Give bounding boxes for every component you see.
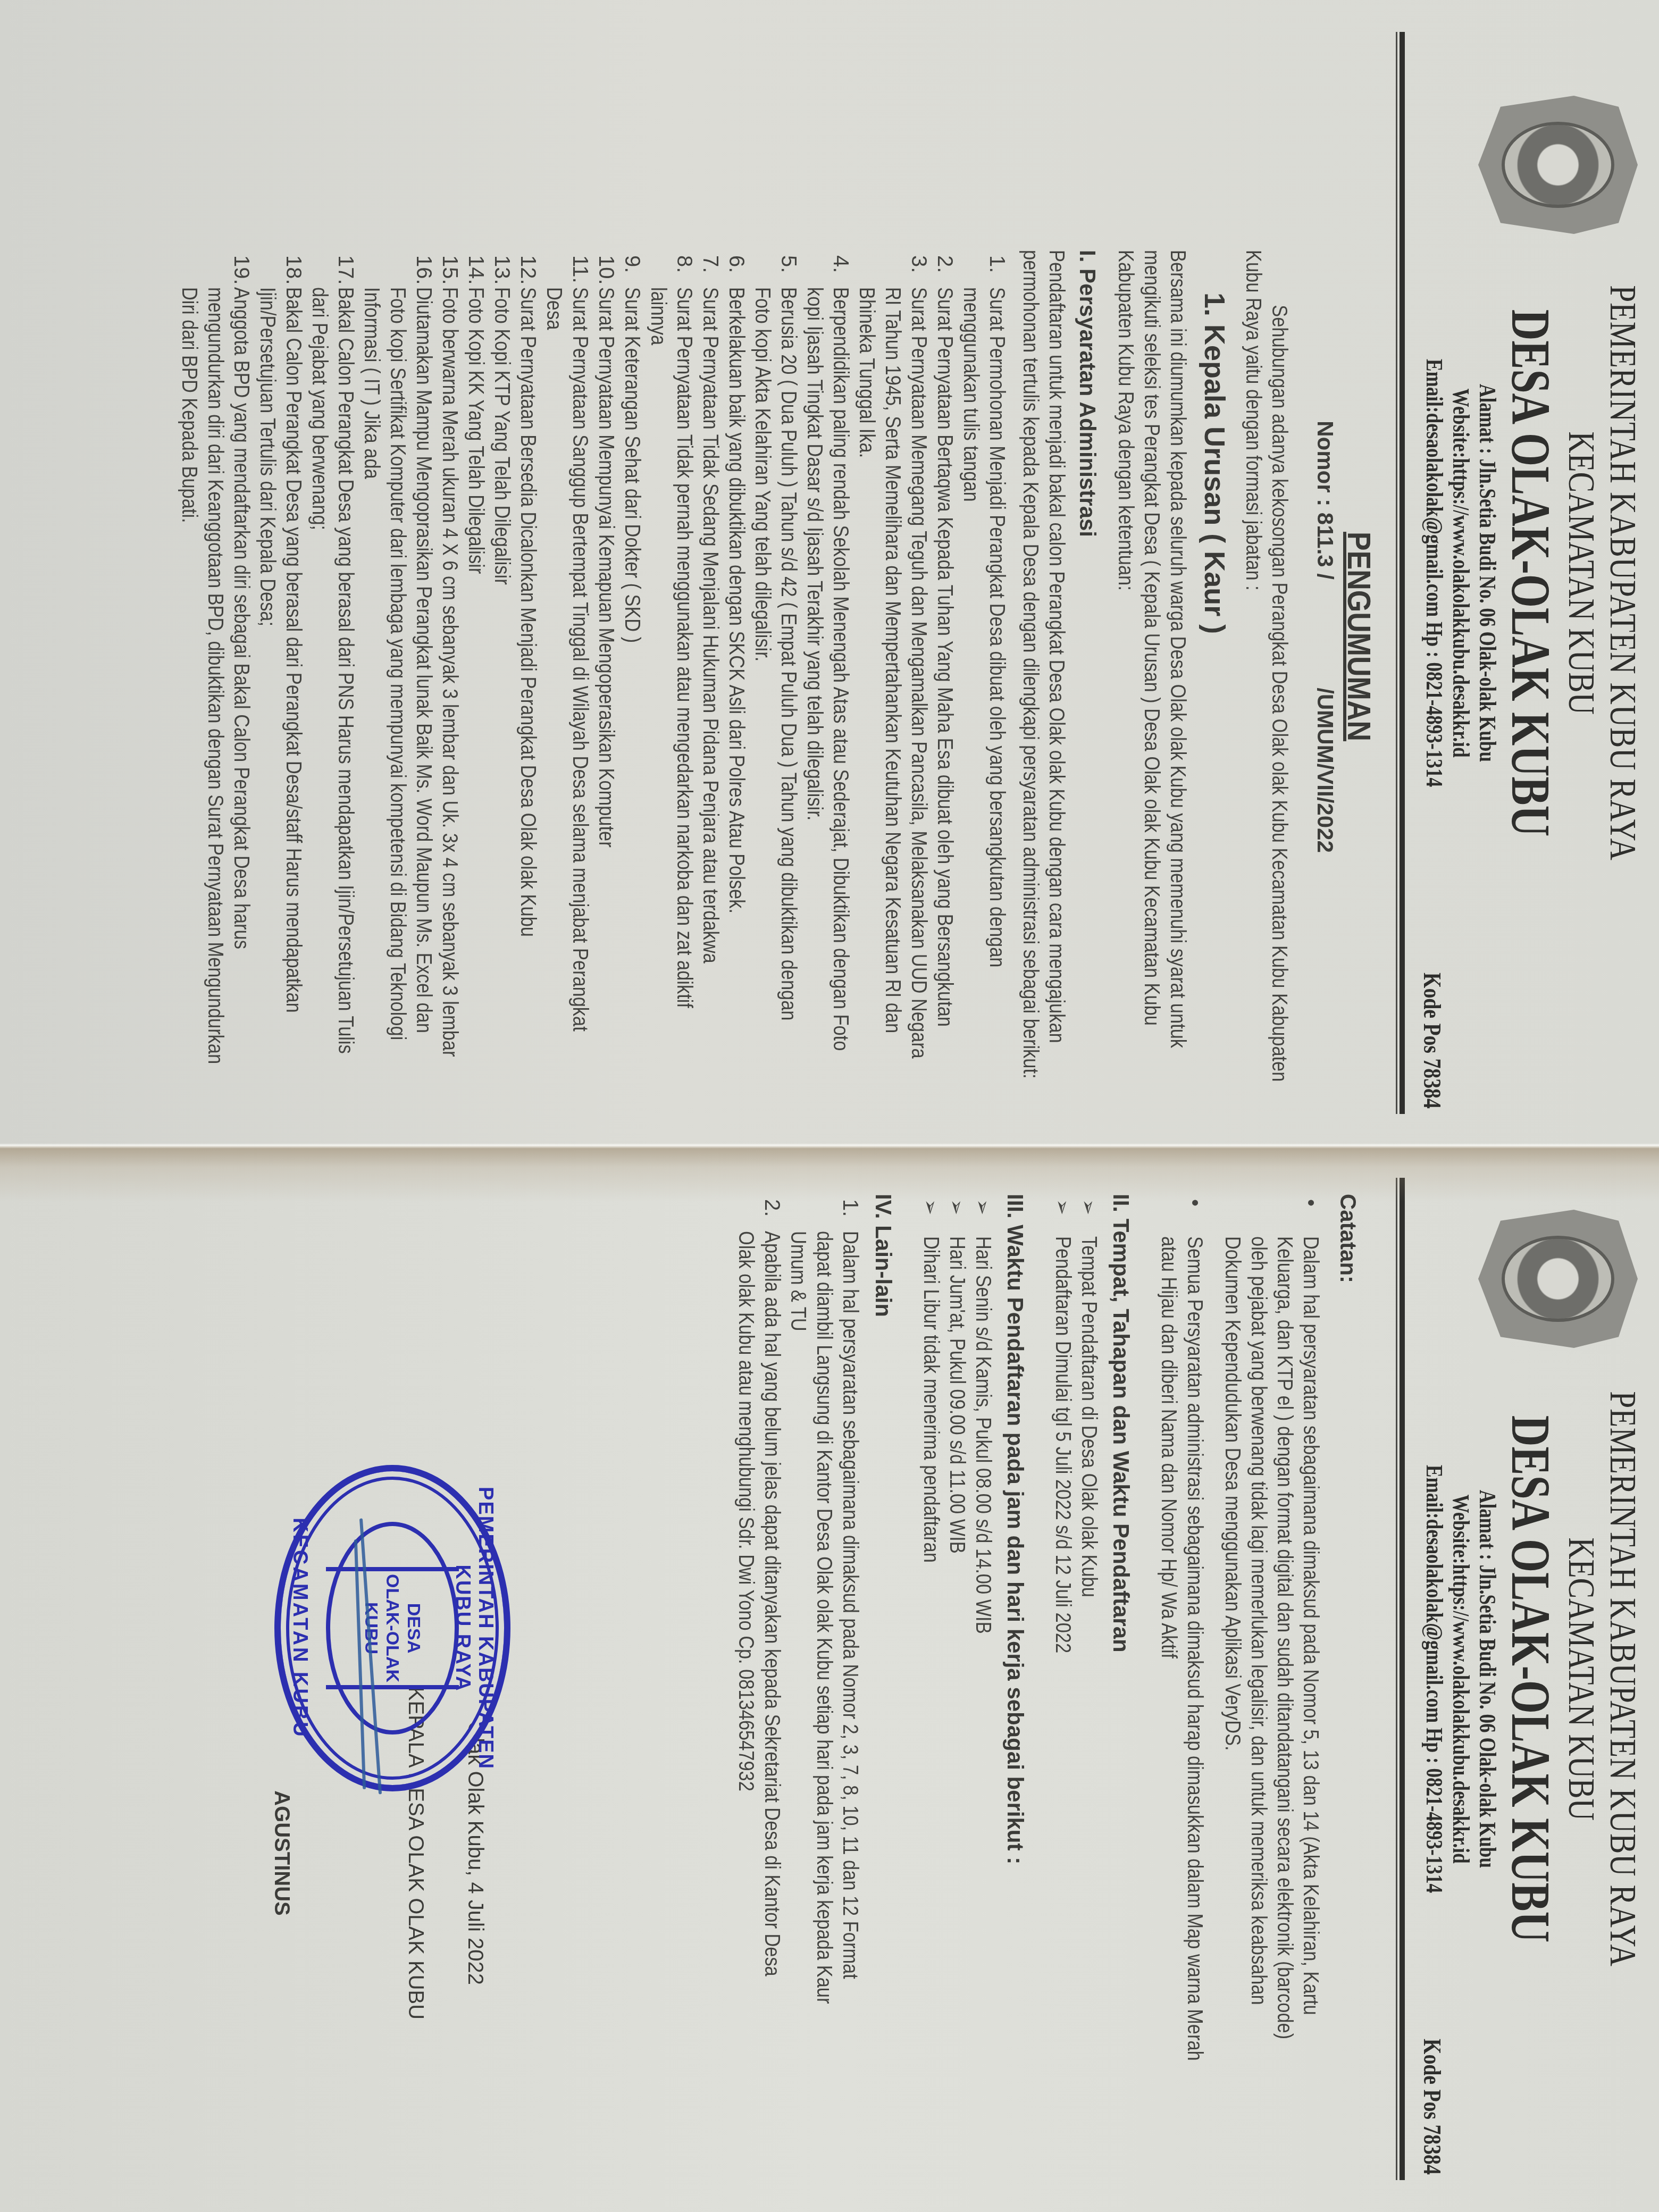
requirement-number: 17. [332,255,358,285]
letterhead-address: Alamat : Jln.Setia Budi No. 06 Olak-olak… [1474,115,1501,1032]
requirement-number: 2. [932,255,958,273]
requirement-line: Surat Pernyataan Bersedia Dicalonkan Men… [515,287,541,920]
arrow-bullet-icon: ➢ [1050,1199,1076,1215]
requirement-item: 14.Foto Kopi KK Yang Telah Dilegalisir [463,250,489,1024]
requirement-line: Surat Keterangan Sehat dari Dokter ( SKD… [619,287,645,920]
requirement-number: 3. [906,255,932,273]
requirement-number: 16. [410,255,437,285]
requirement-line: Diutamakan Mampu Mengoprasikan Perangkat… [410,287,437,920]
requirement-number: 15. [437,255,463,285]
schedule-item: ➢Pendaftaran Dimulai tgl 5 Juli 2022 s/d… [1050,1194,1076,2148]
bullet-icon: • [1182,1199,1208,1206]
letterhead-village: DESA OLAK-OLAK KUBU [1501,1263,1560,2095]
announcement-title: PENGUMUMAN [1346,532,1372,742]
number-prefix: Nomor : 811.3 / [1312,421,1338,580]
letterhead-divider-thin [1396,32,1397,1114]
requirement-item: 5.Berusia 20 ( Dua Puluh ) Tahun s/d 42 … [749,250,801,1024]
requirement-line: Surat Pernyataan Bertaqwa Kepada Tuhan Y… [932,287,958,920]
requirement-number: 9. [619,255,645,273]
requirement-number: 19. [228,255,254,285]
letterhead-district: KECAMATAN KUBU [1560,103,1602,1043]
other-note-item: 1.Dalam hal persyaratan sebagaimana dima… [785,1194,863,2148]
schedule-item: ➢Dihari Libur tidak menerima pendaftaran [918,1194,944,2148]
note-line: Dokumen Kependudukan Desa menggunakan Ap… [1219,1236,1245,2021]
note-line: oleh pejabat yang berwenang tidak lagi m… [1245,1236,1271,2021]
requirement-line: Foto Kopi KTP Yang Telah Dilegalisir [489,287,515,920]
requirement-line: Berkelakuan baik yang dibuktikan dengan … [723,287,749,920]
announcement-header: PENGUMUMAN Nomor : 811.3 / /UMUM/VII/202… [1312,250,1372,1024]
document-page-2: PEMERINTAH KABUPATEN KUBU RAYA KECAMATAN… [0,1146,1659,2212]
arrow-bullet-icon: ➢ [1076,1199,1102,1215]
note-line: Dalam hal persyaratan sebagaimana dimaks… [1297,1236,1323,2021]
stamp-outer-bottom-text: KECAMATAN KUBU [288,1471,311,1785]
requirement-line: Desa [541,287,567,920]
requirement-line: Berpendidikan paling rendah Sekolah Mene… [827,287,853,920]
requirement-item: 12.Surat Pernyataan Bersedia Dicalonkan … [515,250,541,1024]
notes-list: •Dalam hal persyaratan sebagaimana dimak… [1155,1194,1323,2148]
note-item: •Dalam hal persyaratan sebagaimana dimak… [1219,1194,1323,2148]
schedule-item: ➢Tempat Pendaftaran di Desa Olak olak Ku… [1076,1194,1102,2148]
letterhead-text: PEMERINTAH KABUPATEN KUBU RAYA KECAMATAN… [1421,0,1643,1146]
number-suffix: /UMUM/VII/2022 [1312,688,1338,852]
requirements-list: 1.Surat Permohonan Menjadi Perangkat Des… [176,250,1010,1024]
note-item: •Semua Persyaratan administrasi sebagaim… [1155,1194,1208,2148]
section-heading-others: IV. Lain-lain [870,1194,896,2148]
letterhead-government: PEMERINTAH KABUPATEN KUBU RAYA [1602,103,1643,1043]
requirement-item: 4.Berpendidikan paling rendah Sekolah Me… [801,250,853,1024]
section-heading-place-time: II. Tempat, Tahapan dan Waktu Pendaftara… [1108,1194,1134,2148]
schedule-text: Tempat Pendaftaran di Desa Olak olak Kub… [1076,1236,1102,2021]
requirement-line: Surat Pernyataan Memegang Teguh dan Meng… [906,287,932,920]
schedule-text: Pendaftaran Dimulai tgl 5 Juli 2022 s/d … [1050,1236,1076,2021]
requirement-number: 11. [567,255,593,283]
requirement-number: 6. [723,255,749,273]
schedule-item: ➢Hari Jum'at, Pukul 09.00 s/d 11.00 WIB [944,1194,970,2148]
requirement-line: Surat Pernyataan Tidak pernah menggunaka… [671,287,697,920]
intro-paragraph: Sehubungan adanya kekosongan Perangkat D… [1240,250,1292,1024]
section-heading-hours: III. Waktu Pendaftaran pada jam dan hari… [1002,1194,1028,2148]
schedule-text: Hari Senin s/d Kamis, Pukul 08.00 s/d 14… [970,1236,996,2021]
letterhead: PEMERINTAH KABUPATEN KUBU RAYA KECAMATAN… [1382,1146,1659,2212]
requirement-item: 9.Surat Keterangan Sehat dari Dokter ( S… [619,250,645,1024]
requirement-item: 7.Surat Pernyataan Tidak Sedang Menjalan… [697,250,723,1024]
requirement-line: menggunakan tulis tangan [958,287,984,920]
requirement-line: Surat Permohonan Menjadi Perangkat Desa … [984,287,1010,920]
stamp-center-line-1: DESA [403,1603,424,1653]
requirement-item: 3.Surat Pernyataan Memegang Teguh dan Me… [853,250,932,1024]
letterhead-address: Alamat : Jln.Setia Budi No. 06 Olak-olak… [1474,1253,1501,2106]
letterhead-divider [1400,1178,1405,2180]
requirement-number: 4. [827,255,853,273]
letterhead-email-phone: Email:desaolakolak@gmail.com Hp : 0821-4… [1421,115,1447,1032]
announcement-line: Kabupaten Kubu Raya dengan ketentuan: [1112,250,1138,915]
requirement-item: 19.Anggota BPD yang mendaftarkan diri se… [176,250,254,1024]
requirement-item: 6.Berkelakuan baik yang dibuktikan denga… [723,250,749,1024]
requirement-line: Bakal Calon Perangkat Desa yang berasal … [280,287,306,920]
requirement-number: 18. [280,255,306,285]
requirement-item: 11.Surat Pernyataan Sanggup Bertempat Ti… [541,250,593,1024]
announcement-number: Nomor : 811.3 / /UMUM/VII/2022 [1312,250,1338,1024]
other-note-number: 1. [837,1199,863,1217]
notes-label: Catatan: [1335,1194,1361,2148]
other-note-item: 2.Apabila ada hal yang belum jelas dapat… [733,1194,785,2148]
requirement-line: Informasi ( IT ) Jika ada [358,287,384,920]
requirement-number: 1. [984,255,1010,273]
requirement-item: 8.Surat Pernyataan Tidak pernah mengguna… [645,250,697,1024]
letterhead-postal-code: Kode Pos 78384 [1418,2039,1446,2175]
requirement-line: Foto berwarna Merah ukuran 4 X 6 cm seba… [437,287,463,920]
requirement-number: 10. [593,255,619,285]
requirement-line: Surat Pernyataan Tidak Sedang Menjalani … [697,287,723,920]
requirement-line: Anggota BPD yang mendaftarkan diri sebag… [228,287,254,920]
registration-line: permohonan tertulis kepada Kepala Desa d… [1017,250,1043,915]
page-2-body: Catatan: •Dalam hal persyaratan sebagaim… [733,1146,1361,2212]
other-note-line: dapat diambil Langsung di Kantor Desa Ol… [811,1231,837,2020]
position-heading: 1. Kepala Urusan ( Kaur ) [1201,292,1227,1024]
requirement-line: Surat Pernyataan Sanggup Bertempat Tingg… [567,287,593,920]
arrow-bullet-icon: ➢ [944,1199,970,1215]
letterhead: PEMERINTAH KABUPATEN KUBU RAYA KECAMATAN… [1382,0,1659,1146]
requirement-number: 14. [463,255,489,285]
requirement-item: 10.Surat Pernyataan Mempunyai Kemapuan M… [593,250,619,1024]
requirement-number: 12. [515,255,541,285]
requirement-line: Ijin/Persetujuan Tertulis dari Kepala De… [254,287,280,920]
requirement-item: 18.Bakal Calon Perangkat Desa yang beras… [254,250,306,1024]
other-note-line: Dalam hal persyaratan sebagaimana dimaks… [837,1231,863,2020]
announcement-line: mengikuti seleksi tes Perangkat Desa ( K… [1138,250,1164,915]
requirement-line: lainnya [645,287,671,920]
requirement-line: Surat Pernyataan Mempunyai Kemapuan Meng… [593,287,619,920]
place-time-list: ➢Tempat Pendaftaran di Desa Olak olak Ku… [1050,1194,1102,2148]
announcement-paragraph: Bersama ini diumumkan kepada seluruh war… [1112,250,1191,1024]
announcement-line: Bersama ini diumumkan kepada seluruh war… [1164,250,1191,915]
requirement-line: mengundurkan diri dari Keanggotaan BPD, … [202,287,228,920]
page-1-body: PENGUMUMAN Nomor : 811.3 / /UMUM/VII/202… [176,0,1372,1146]
requirement-item: 2.Surat Pernyataan Bertaqwa Kepada Tuhan… [932,250,958,1024]
letterhead-postal-code: Kode Pos 78384 [1418,973,1446,1109]
letterhead-email-phone: Email:desaolakolak@gmail.com Hp : 0821-4… [1421,1253,1447,2106]
requirement-item: 13.Foto Kopi KTP Yang Telah Dilegalisir [489,250,515,1024]
requirement-line: Bakal Calon Perangkat Desa yang berasal … [332,287,358,920]
requirement-line: kopi Ijasah Tingkat Dasar s/d Ijasah Ter… [801,287,827,920]
letterhead-website: Website:https://www.olakolakkubu.desakkr… [1447,1253,1474,2106]
requirement-line: Bhineka Tunggal Ika. [853,287,879,920]
requirement-line: Diri dari BPD Kepada Bupati. [176,287,202,920]
schedule-text: Dihari Libur tidak menerima pendaftaran [918,1236,944,2021]
arrow-bullet-icon: ➢ [918,1199,944,1215]
intro-line: Kubu Raya yaitu dengan formasi jabatan : [1240,250,1266,915]
requirement-line: RI Tahun 1945, Serta Memelihara dan Memp… [879,287,906,920]
document-page-1: PEMERINTAH KABUPATEN KUBU RAYA KECAMATAN… [0,0,1659,1146]
requirement-number: 13. [489,255,515,285]
letterhead-divider [1400,32,1405,1114]
letterhead-divider-thin [1396,1178,1397,2180]
bullet-icon: • [1297,1199,1323,1206]
schedule-item: ➢Hari Senin s/d Kamis, Pukul 08.00 s/d 1… [970,1194,996,2148]
arrow-bullet-icon: ➢ [970,1199,996,1215]
letterhead-district: KECAMATAN KUBU [1560,1242,1602,2116]
requirement-item: 17.Bakal Calon Perangkat Desa yang beras… [306,250,358,1024]
page-2-content: PEMERINTAH KABUPATEN KUBU RAYA KECAMATAN… [0,1146,1659,2212]
others-list: 1.Dalam hal persyaratan sebagaimana dima… [733,1194,863,2148]
requirement-line: Foto Kopi KK Yang Telah Dilegalisir [463,287,489,920]
requirement-number: 5. [775,255,801,273]
note-line: Keluarga, dan KTP el ) dengan format dig… [1271,1236,1297,2021]
other-note-number: 2. [759,1199,785,1217]
letterhead-village: DESA OLAK-OLAK KUBU [1501,126,1560,1020]
requirement-number: 7. [697,255,723,273]
other-note-line: Apabila ada hal yang belum jelas dapat d… [759,1231,785,2020]
note-line: Semua Persyaratan administrasi sebagaima… [1182,1236,1208,2021]
requirement-item: 15.Foto berwarna Merah ukuran 4 X 6 cm s… [437,250,463,1024]
intro-line: Sehubungan adanya kekosongan Perangkat D… [1266,250,1292,915]
requirement-item: 1.Surat Permohonan Menjadi Perangkat Des… [958,250,1010,1024]
official-stamp: PEMERINTAH KABUPATEN KUBU RAYA DESA OLAK… [274,1465,510,1791]
note-line: atau Hijau dan diberi Nama dan Nomor Hp/… [1155,1236,1182,2021]
letterhead-website: Website:https://www.olakolakkubu.desakkr… [1447,115,1474,1032]
other-note-line: Umum & TU [785,1231,811,2020]
registration-intro: Pendaftaran untuk menjadi bakal calon Pe… [1017,250,1069,1024]
page-1-content: PEMERINTAH KABUPATEN KUBU RAYA KECAMATAN… [0,0,1659,1146]
registration-line: Pendaftaran untuk menjadi bakal calon Pe… [1043,250,1069,915]
requirement-number: 8. [671,255,697,273]
letterhead-government: PEMERINTAH KABUPATEN KUBU RAYA [1602,1242,1643,2116]
requirement-line: Foto kopi Akta Kelahiran Yang telah dile… [749,287,775,920]
stamp-center: DESA OLAK-OLAK KUBU [326,1567,459,1689]
section-heading-administration: I. Persyaratan Administrasi [1075,250,1101,1024]
other-note-line: Olak olak Kubu atau menghubungi Sdr. Dwi… [733,1231,759,2020]
schedule-text: Hari Jum'at, Pukul 09.00 s/d 11.00 WIB [944,1236,970,2021]
requirement-item: 16.Diutamakan Mampu Mengoprasikan Perang… [358,250,437,1024]
requirement-line: dari Pejabat yang berwenang; [306,287,332,920]
requirement-line: Foto kopi Sertifikat Komputer dari lemba… [384,287,410,920]
letterhead-text: PEMERINTAH KABUPATEN KUBU RAYA KECAMATAN… [1421,1146,1643,2212]
hours-list: ➢Hari Senin s/d Kamis, Pukul 08.00 s/d 1… [918,1194,996,2148]
requirement-line: Berusia 20 ( Dua Puluh ) Tahun s/d 42 ( … [775,287,801,920]
